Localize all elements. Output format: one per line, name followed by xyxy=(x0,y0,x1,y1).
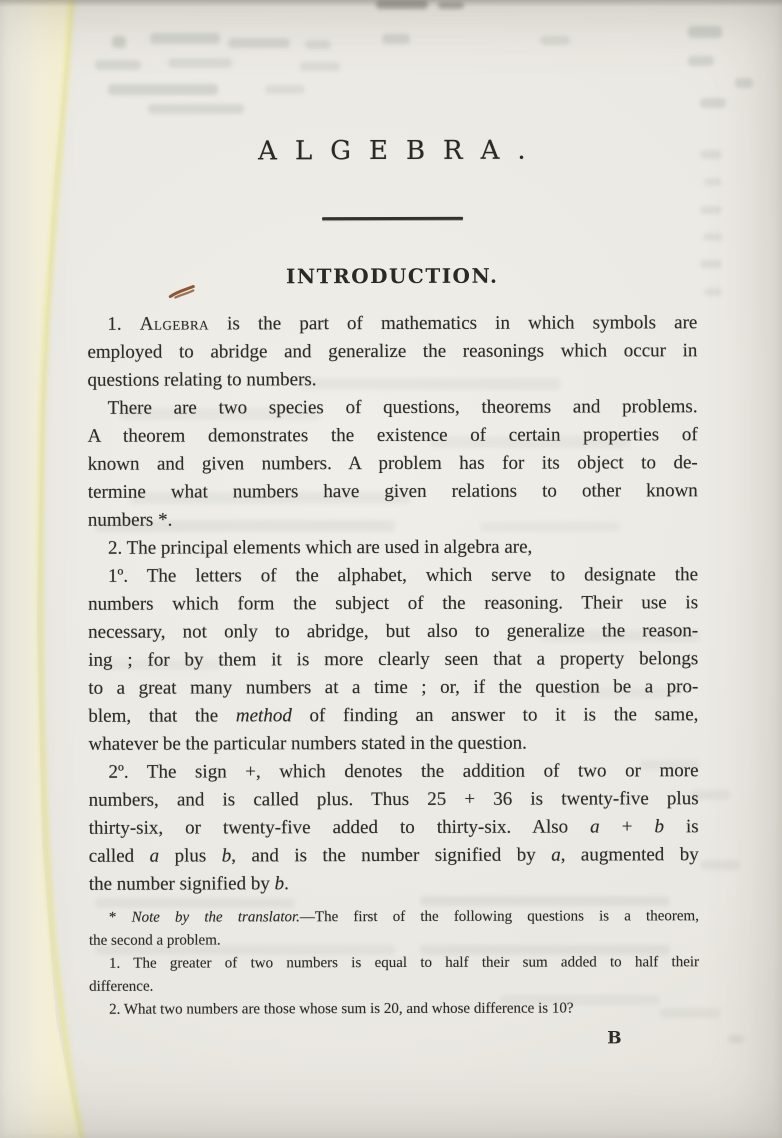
page-title: ALGEBRA. xyxy=(87,135,697,167)
text-line: 2º. The sign +, which denotes the additi… xyxy=(88,757,698,787)
text-segment: 1. xyxy=(107,314,139,335)
paragraph: 1. Algebra is the part of mathematics in… xyxy=(87,309,697,395)
text-line: * Note by the translator.—The first of t… xyxy=(89,905,699,930)
text-line: ing ; for by them it is more clearly see… xyxy=(88,645,698,675)
signature-mark: B xyxy=(607,1028,621,1048)
text-segment: Note by the translator. xyxy=(132,909,300,925)
text-segment: the number signified by xyxy=(89,873,275,894)
text-segment: b xyxy=(654,816,664,837)
text-segment: a xyxy=(150,846,160,867)
text-segment: A theorem demonstrates the existence of … xyxy=(88,424,698,447)
text-segment: ing ; for by them it is more clearly see… xyxy=(88,648,698,671)
text-segment: questions relating to numbers. xyxy=(87,369,316,391)
text-line: numbers, and is called plus. Thus 25 + 3… xyxy=(89,785,699,815)
text-segment: There are two species of questions, theo… xyxy=(108,396,698,419)
text-segment: 2º. The sign +, which denotes the additi… xyxy=(109,760,699,783)
text-segment: . xyxy=(284,873,289,894)
text-line: employed to abridge and generalize the r… xyxy=(87,337,697,367)
text-segment: known and given numbers. A problem has f… xyxy=(88,452,698,475)
red-ink-mark xyxy=(167,283,197,301)
text-segment: , augmented by xyxy=(561,844,699,865)
text-segment: thirty-six, or twenty-five added to thir… xyxy=(89,816,591,838)
divider-rule xyxy=(322,217,463,220)
paragraph: 1º. The letters of the alphabet, which s… xyxy=(88,561,699,759)
text-line: questions relating to numbers. xyxy=(87,365,697,395)
text-line: the second a problem. xyxy=(89,928,699,953)
text-line: blem, that the method of finding an answ… xyxy=(88,701,698,731)
text-line: the number signified by b. xyxy=(89,869,699,899)
text-line: There are two species of questions, theo… xyxy=(88,393,698,423)
book-page: ALGEBRA. INTRODUCTION. 1. Algebra is the… xyxy=(0,0,782,1138)
text-segment: difference. xyxy=(89,979,153,995)
text-segment: plus xyxy=(159,845,222,866)
text-segment: 2. The principal elements which are used… xyxy=(108,537,532,559)
text-line: 1. Algebra is the part of mathematics in… xyxy=(87,309,697,339)
text-segment: necessary, not only to abridge, but also… xyxy=(88,620,698,643)
paragraph: 2. What two numbers are those whose sum … xyxy=(89,997,699,1022)
text-line: A theorem demonstrates the existence of … xyxy=(88,421,698,451)
text-segment: b xyxy=(275,873,285,894)
text-line: 2. The principal elements which are used… xyxy=(88,533,698,563)
text-line: thirty-six, or twenty-five added to thir… xyxy=(89,813,699,843)
text-segment: * xyxy=(109,910,132,926)
text-segment: , and is the number signified by xyxy=(231,845,551,867)
text-line: called a plus b, and is the number signi… xyxy=(89,841,699,871)
text-line: to a great many numbers at a time ; or, … xyxy=(88,673,698,703)
text-segment: + xyxy=(600,816,655,837)
text-line: 2. What two numbers are those whose sum … xyxy=(89,997,699,1022)
text-line: numbers *. xyxy=(88,505,698,535)
text-line: known and given numbers. A problem has f… xyxy=(88,449,698,479)
paragraph: * Note by the translator.—The first of t… xyxy=(89,905,699,953)
text-segment: 1º. The letters of the alphabet, which s… xyxy=(108,564,698,587)
text-line: numbers which form the subject of the re… xyxy=(88,589,698,619)
paragraph: 2. The principal elements which are used… xyxy=(88,533,698,563)
text-segment: employed to abridge and generalize the r… xyxy=(87,340,697,363)
text-line: necessary, not only to abridge, but also… xyxy=(88,617,698,647)
text-segment: is the part of mathematics in which symb… xyxy=(209,312,697,334)
text-segment: numbers, and is called plus. Thus 25 + 3… xyxy=(89,788,699,811)
text-line: 1. The greater of two numbers is equal t… xyxy=(89,951,699,976)
text-segment: termine what numbers have given relation… xyxy=(88,480,698,503)
footnotes: * Note by the translator.—The first of t… xyxy=(89,905,699,1022)
text-segment: 1. The greater of two numbers is equal t… xyxy=(109,954,699,972)
text-segment: numbers which form the subject of the re… xyxy=(88,592,698,615)
text-segment: a xyxy=(551,845,561,866)
page-content: ALGEBRA. INTRODUCTION. 1. Algebra is the… xyxy=(0,0,782,1138)
text-segment: numbers *. xyxy=(88,510,172,531)
text-line: termine what numbers have given relation… xyxy=(88,477,698,507)
paragraph: 1. The greater of two numbers is equal t… xyxy=(89,951,699,999)
text-segment: blem, that the xyxy=(88,705,236,726)
text-line: 1º. The letters of the alphabet, which s… xyxy=(88,561,698,591)
body-text: 1. Algebra is the part of mathematics in… xyxy=(87,309,699,899)
text-line: difference. xyxy=(89,974,699,999)
text-line: whatever be the particular numbers state… xyxy=(88,729,698,759)
text-segment: is xyxy=(664,816,699,837)
text-segment: of finding an answer to it is the same, xyxy=(292,704,699,726)
text-segment: —The first of the following questions is… xyxy=(300,908,699,925)
text-segment: called xyxy=(89,846,150,867)
paragraph: There are two species of questions, theo… xyxy=(88,393,698,535)
text-segment: to a great many numbers at a time ; or, … xyxy=(88,676,698,699)
text-segment: Algebra xyxy=(140,313,209,334)
text-segment: method xyxy=(236,705,292,726)
text-segment: whatever be the particular numbers state… xyxy=(88,733,527,755)
paragraph: 2º. The sign +, which denotes the additi… xyxy=(88,757,698,899)
text-segment: a xyxy=(590,816,600,837)
text-segment: 2. What two numbers are those whose sum … xyxy=(109,1001,573,1018)
text-segment: the second a problem. xyxy=(89,932,221,948)
